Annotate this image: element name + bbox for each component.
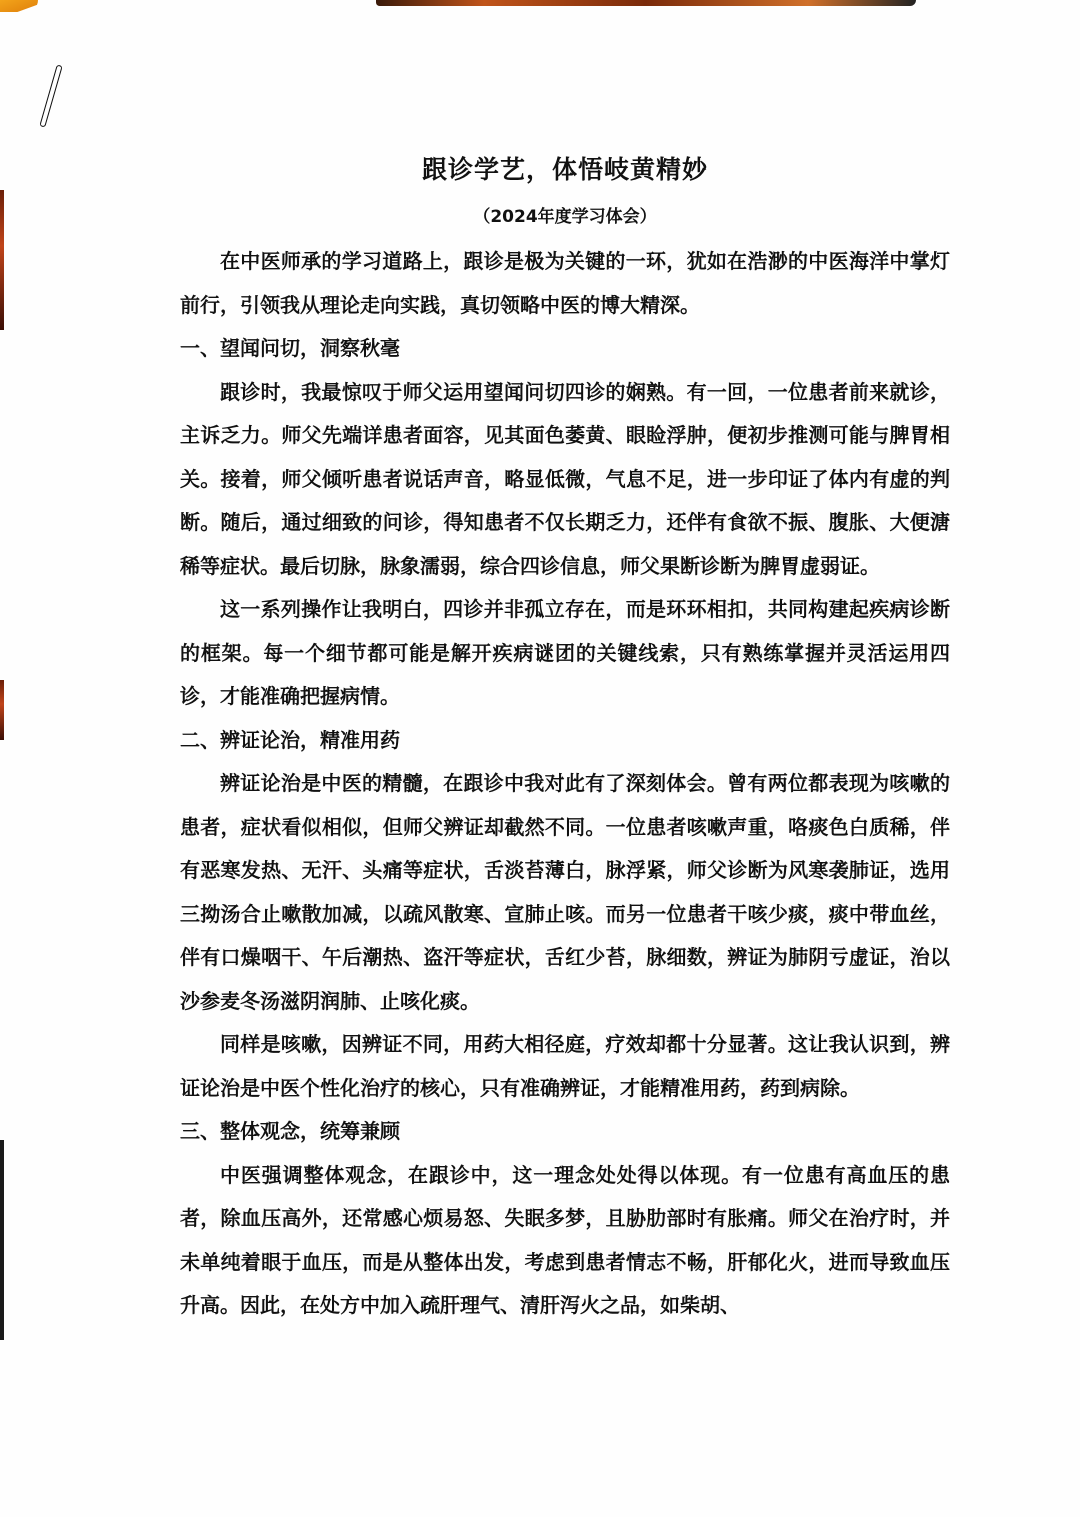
- section-heading-3: 三、整体观念，统筹兼顾: [180, 1110, 950, 1154]
- paragraph: 同样是咳嗽，因辨证不同，用药大相径庭，疗效却都十分显著。这让我认识到，辨证论治是…: [180, 1023, 950, 1110]
- section-heading-1: 一、望闻问切，洞察秋毫: [180, 327, 950, 371]
- document-body: 在中医师承的学习道路上，跟诊是极为关键的一环，犹如在浩渺的中医海洋中掌灯前行，引…: [180, 240, 950, 1328]
- scan-edge-artifact: [0, 0, 38, 12]
- section-heading-2: 二、辨证论治，精准用药: [180, 719, 950, 763]
- paragraph: 中医强调整体观念，在跟诊中，这一理念处处得以体现。有一位患有高血压的患者，除血压…: [180, 1154, 950, 1328]
- paragraph: 跟诊时，我最惊叹于师父运用望闻问切四诊的娴熟。有一回，一位患者前来就诊，主诉乏力…: [180, 371, 950, 589]
- scan-edge-artifact: [0, 190, 4, 330]
- paragraph: 这一系列操作让我明白，四诊并非孤立存在，而是环环相扣，共同构建起疾病诊断的框架。…: [180, 588, 950, 719]
- paragraph: 辨证论治是中医的精髓，在跟诊中我对此有了深刻体会。曾有两位都表现为咳嗽的患者，症…: [180, 762, 950, 1023]
- scan-edge-artifact: [0, 680, 4, 740]
- pen-stroke-mark: [39, 64, 62, 127]
- document-title: 跟诊学艺，体悟岐黄精妙: [180, 150, 950, 190]
- scan-edge-artifact: [0, 1140, 4, 1340]
- document-page: 跟诊学艺，体悟岐黄精妙 （2024年度学习体会） 在中医师承的学习道路上，跟诊是…: [180, 150, 950, 1328]
- scan-edge-artifact: [376, 0, 916, 6]
- paragraph-intro: 在中医师承的学习道路上，跟诊是极为关键的一环，犹如在浩渺的中医海洋中掌灯前行，引…: [180, 240, 950, 327]
- document-subtitle: （2024年度学习体会）: [180, 202, 950, 232]
